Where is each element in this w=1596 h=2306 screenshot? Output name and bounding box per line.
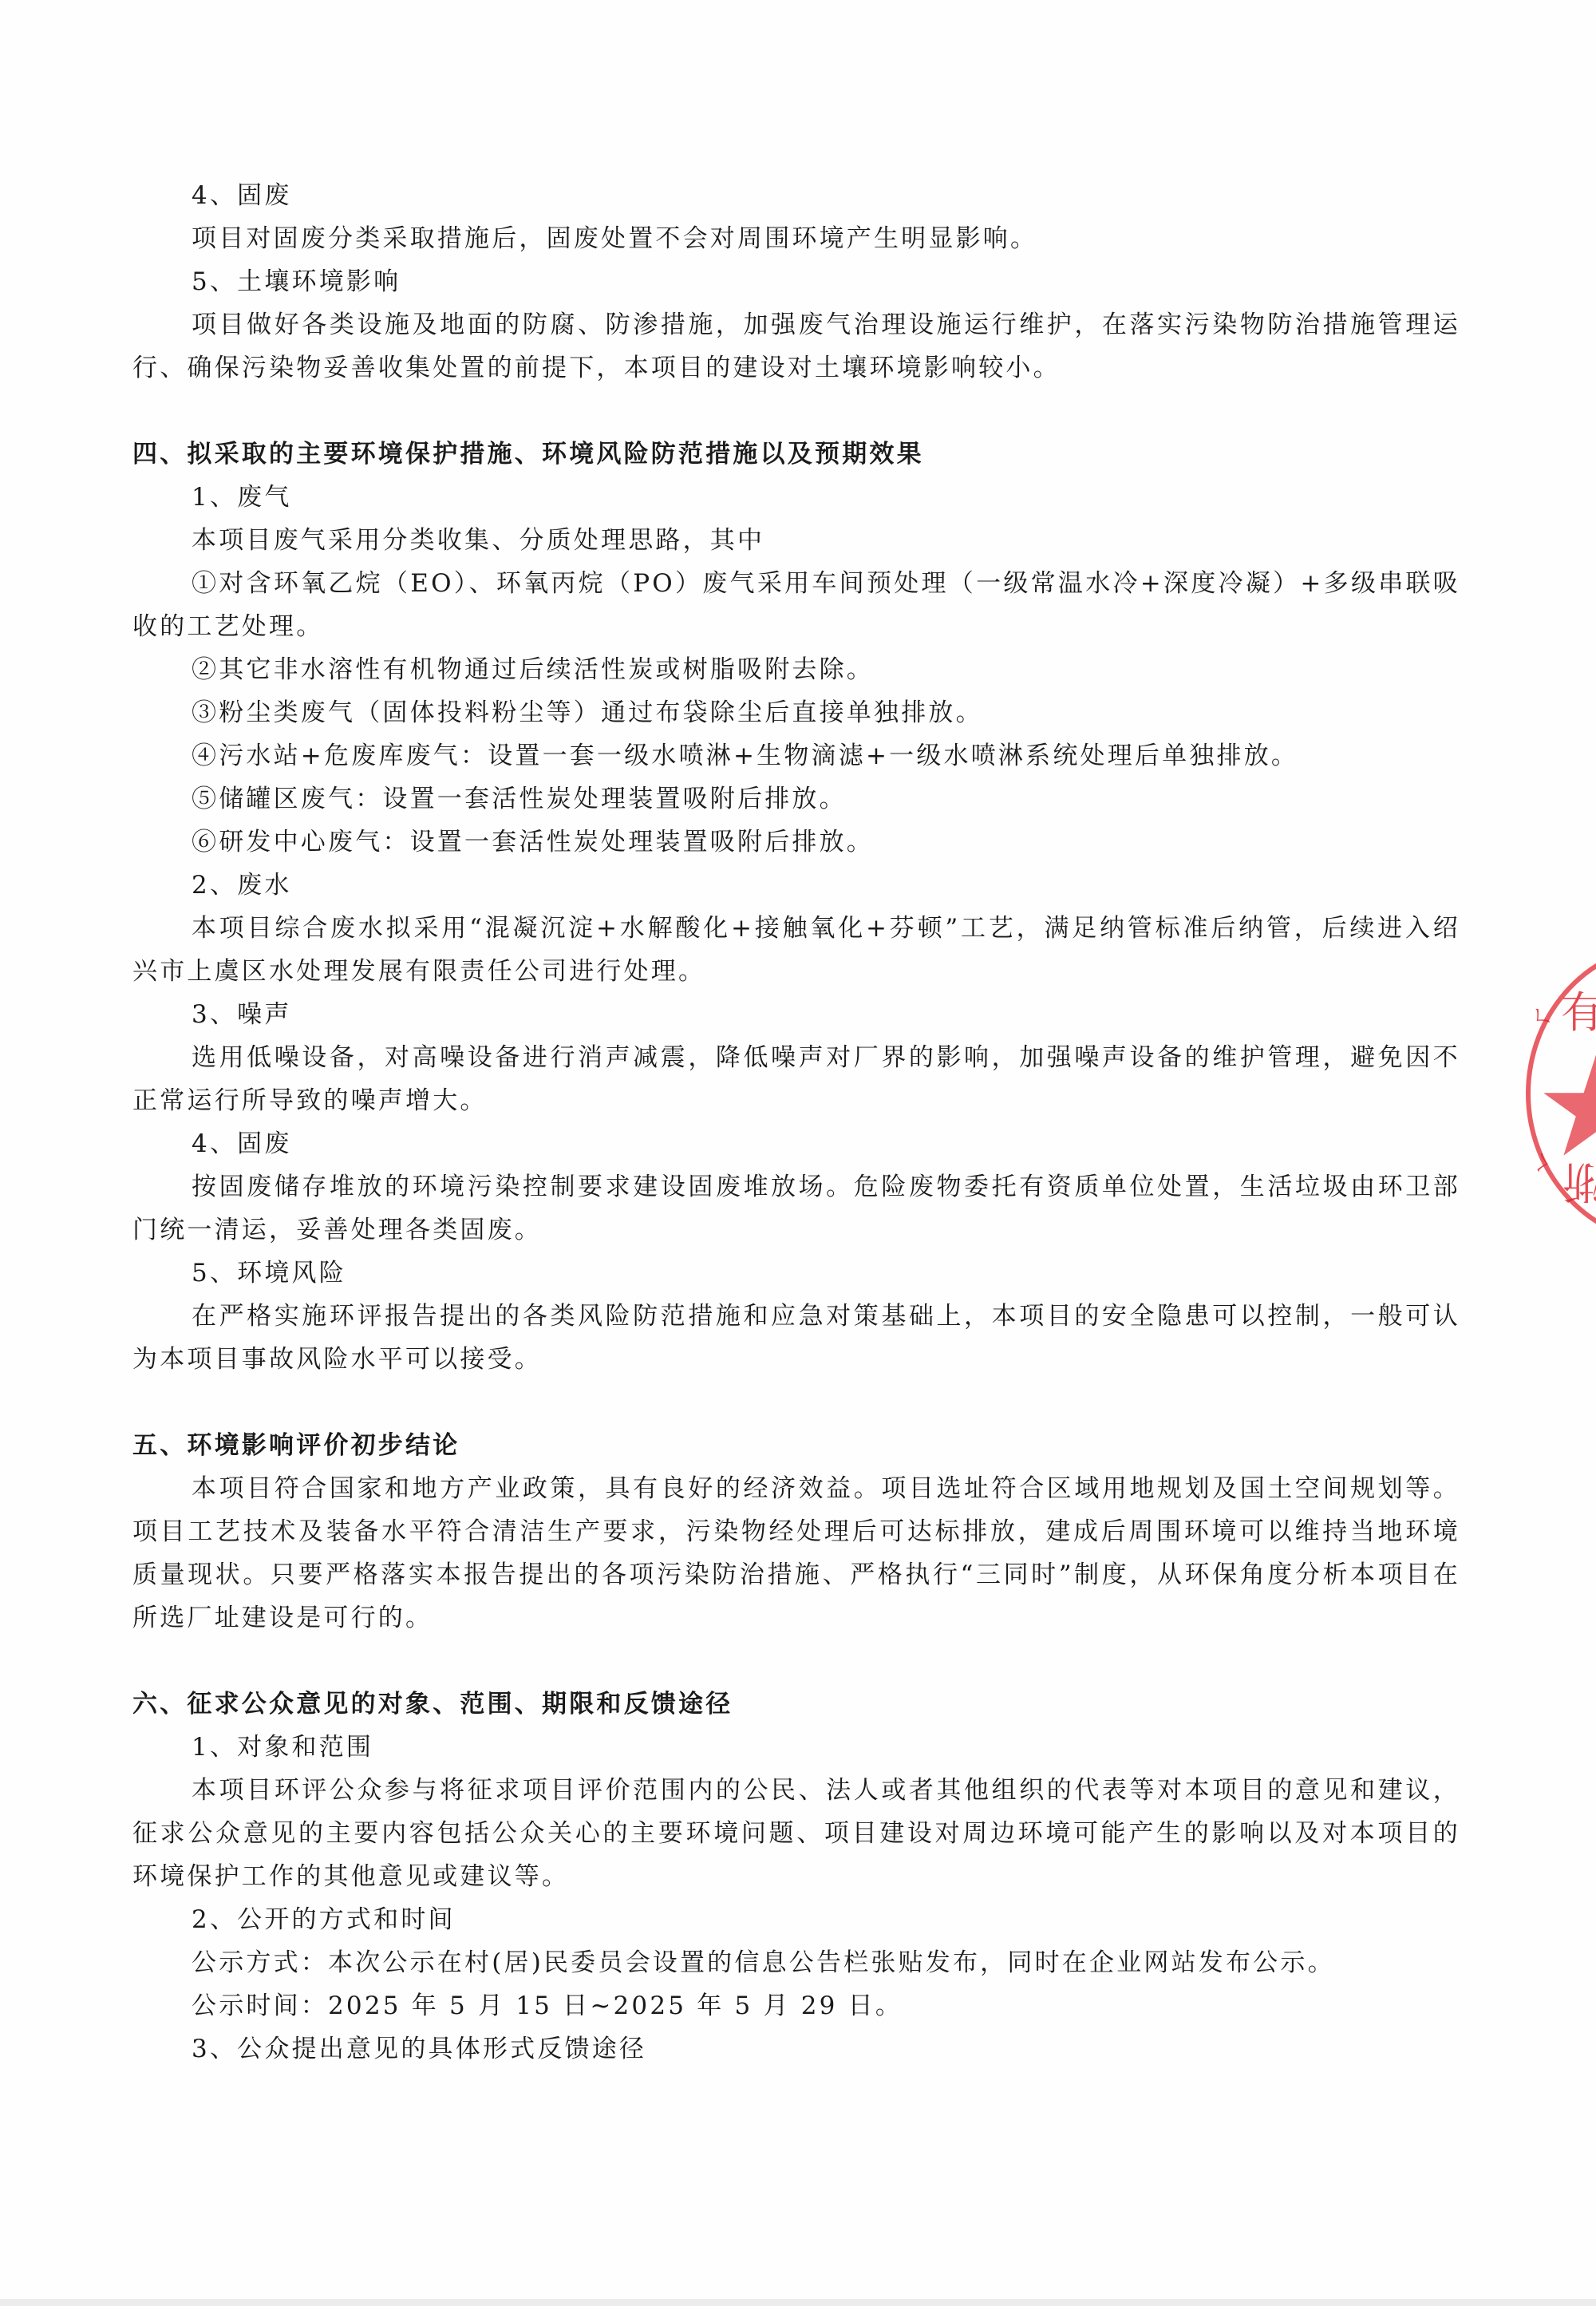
seal-char-fragment-bottom: ㄑ bbox=[1522, 1143, 1561, 1189]
section-heading-conclusion: 五、环境影响评价初步结论 bbox=[132, 1424, 1460, 1467]
subsection-label-wastewater: 2、废水 bbox=[132, 864, 1460, 907]
document-body: 4、固废 项目对固废分类采取措施后，固废处置不会对周围环境产生明显影响。 5、土… bbox=[132, 174, 1460, 2071]
paragraph-noise: 选用低噪设备，对高噪设备进行消声减震，降低噪声对厂界的影响，加强噪声设备的维护管… bbox=[132, 1036, 1460, 1122]
exhaust-gas-point-1: ①对含环氧乙烷（EO）、环氧丙烷（PO）废气采用车间预处理（一级常温水冷+深度冷… bbox=[132, 562, 1460, 648]
seal-char-bottom: 浙 bbox=[1562, 1154, 1596, 1216]
exhaust-gas-point-4: ④污水站+危废库废气：设置一套一级水喷淋+生物滴滤+一级水喷淋系统处理后单独排放… bbox=[132, 734, 1460, 777]
paragraph-solid-waste: 按固废储存堆放的环境污染控制要求建设固废堆放场。危险废物委托有资质单位处置，生活… bbox=[132, 1165, 1460, 1252]
subsection-label-environmental-risk: 5、环境风险 bbox=[132, 1252, 1460, 1295]
exhaust-gas-point-3: ③粉尘类废气（固体投料粉尘等）通过布袋除尘后直接单独排放。 bbox=[132, 691, 1460, 734]
disclosure-method: 公示方式：本次公示在村(居)民委员会设置的信息公告栏张贴发布，同时在企业网站发布… bbox=[132, 1941, 1460, 1984]
section-heading-public-opinion: 六、征求公众意见的对象、范围、期限和反馈途径 bbox=[132, 1683, 1460, 1726]
exhaust-gas-point-6: ⑥研发中心废气：设置一套活性炭处理装置吸附后排放。 bbox=[132, 821, 1460, 864]
seal-char-top: 有 bbox=[1561, 979, 1596, 1040]
subsection-label-soil-impact: 5、土壤环境影响 bbox=[132, 260, 1460, 303]
paragraph-solid-waste-impact: 项目对固废分类采取措施后，固废处置不会对周围环境产生明显影响。 bbox=[132, 217, 1460, 260]
subsection-label-solid-waste-impact: 4、固废 bbox=[132, 174, 1460, 217]
paragraph-wastewater: 本项目综合废水拟采用“混凝沉淀+水解酸化+接触氧化+芬顿”工艺，满足纳管标准后纳… bbox=[132, 907, 1460, 993]
subsection-label-disclosure-method-time: 2、公开的方式和时间 bbox=[132, 1898, 1460, 1941]
document-page: 4、固废 项目对固废分类采取措施后，固废处置不会对周围环境产生明显影响。 5、土… bbox=[0, 0, 1596, 2306]
subsection-label-exhaust-gas: 1、废气 bbox=[132, 476, 1460, 519]
paragraph-target-scope: 本项目环评公众参与将征求项目评价范围内的公民、法人或者其他组织的代表等对本项目的… bbox=[132, 1769, 1460, 1898]
section-heading-protection-measures: 四、拟采取的主要环境保护措施、环境风险防范措施以及预期效果 bbox=[132, 433, 1460, 476]
paragraph-environmental-risk: 在严格实施环评报告提出的各类风险防范措施和应急对策基础上，本项目的安全隐患可以控… bbox=[132, 1295, 1460, 1381]
paragraph-conclusion: 本项目符合国家和地方产业政策，具有良好的经济效益。项目选址符合区域用地规划及国土… bbox=[132, 1467, 1460, 1640]
scan-edge bbox=[0, 2299, 1596, 2306]
subsection-label-target-scope: 1、对象和范围 bbox=[132, 1726, 1460, 1769]
exhaust-gas-point-5: ⑤储罐区废气：设置一套活性炭处理装置吸附后排放。 bbox=[132, 777, 1460, 821]
exhaust-gas-point-2: ②其它非水溶性有机物通过后续活性炭或树脂吸附去除。 bbox=[132, 648, 1460, 691]
subsection-label-noise: 3、噪声 bbox=[132, 993, 1460, 1036]
paragraph-soil-impact: 项目做好各类设施及地面的防腐、防渗措施，加强废气治理设施运行维护，在落实污染物防… bbox=[132, 303, 1460, 390]
disclosure-period: 公示时间：2025 年 5 月 15 日~2025 年 5 月 29 日。 bbox=[132, 1984, 1460, 2027]
star-icon bbox=[1540, 1050, 1596, 1162]
seal-char-fragment-top: ㄑ bbox=[1517, 991, 1562, 1038]
subsection-label-feedback-channels: 3、公众提出意见的具体形式反馈途径 bbox=[132, 2027, 1460, 2071]
official-seal: ㄑ 有 ㄑ 浙 bbox=[1526, 942, 1596, 1245]
paragraph-exhaust-gas-intro: 本项目废气采用分类收集、分质处理思路，其中 bbox=[132, 519, 1460, 562]
subsection-label-solid-waste: 4、固废 bbox=[132, 1122, 1460, 1165]
